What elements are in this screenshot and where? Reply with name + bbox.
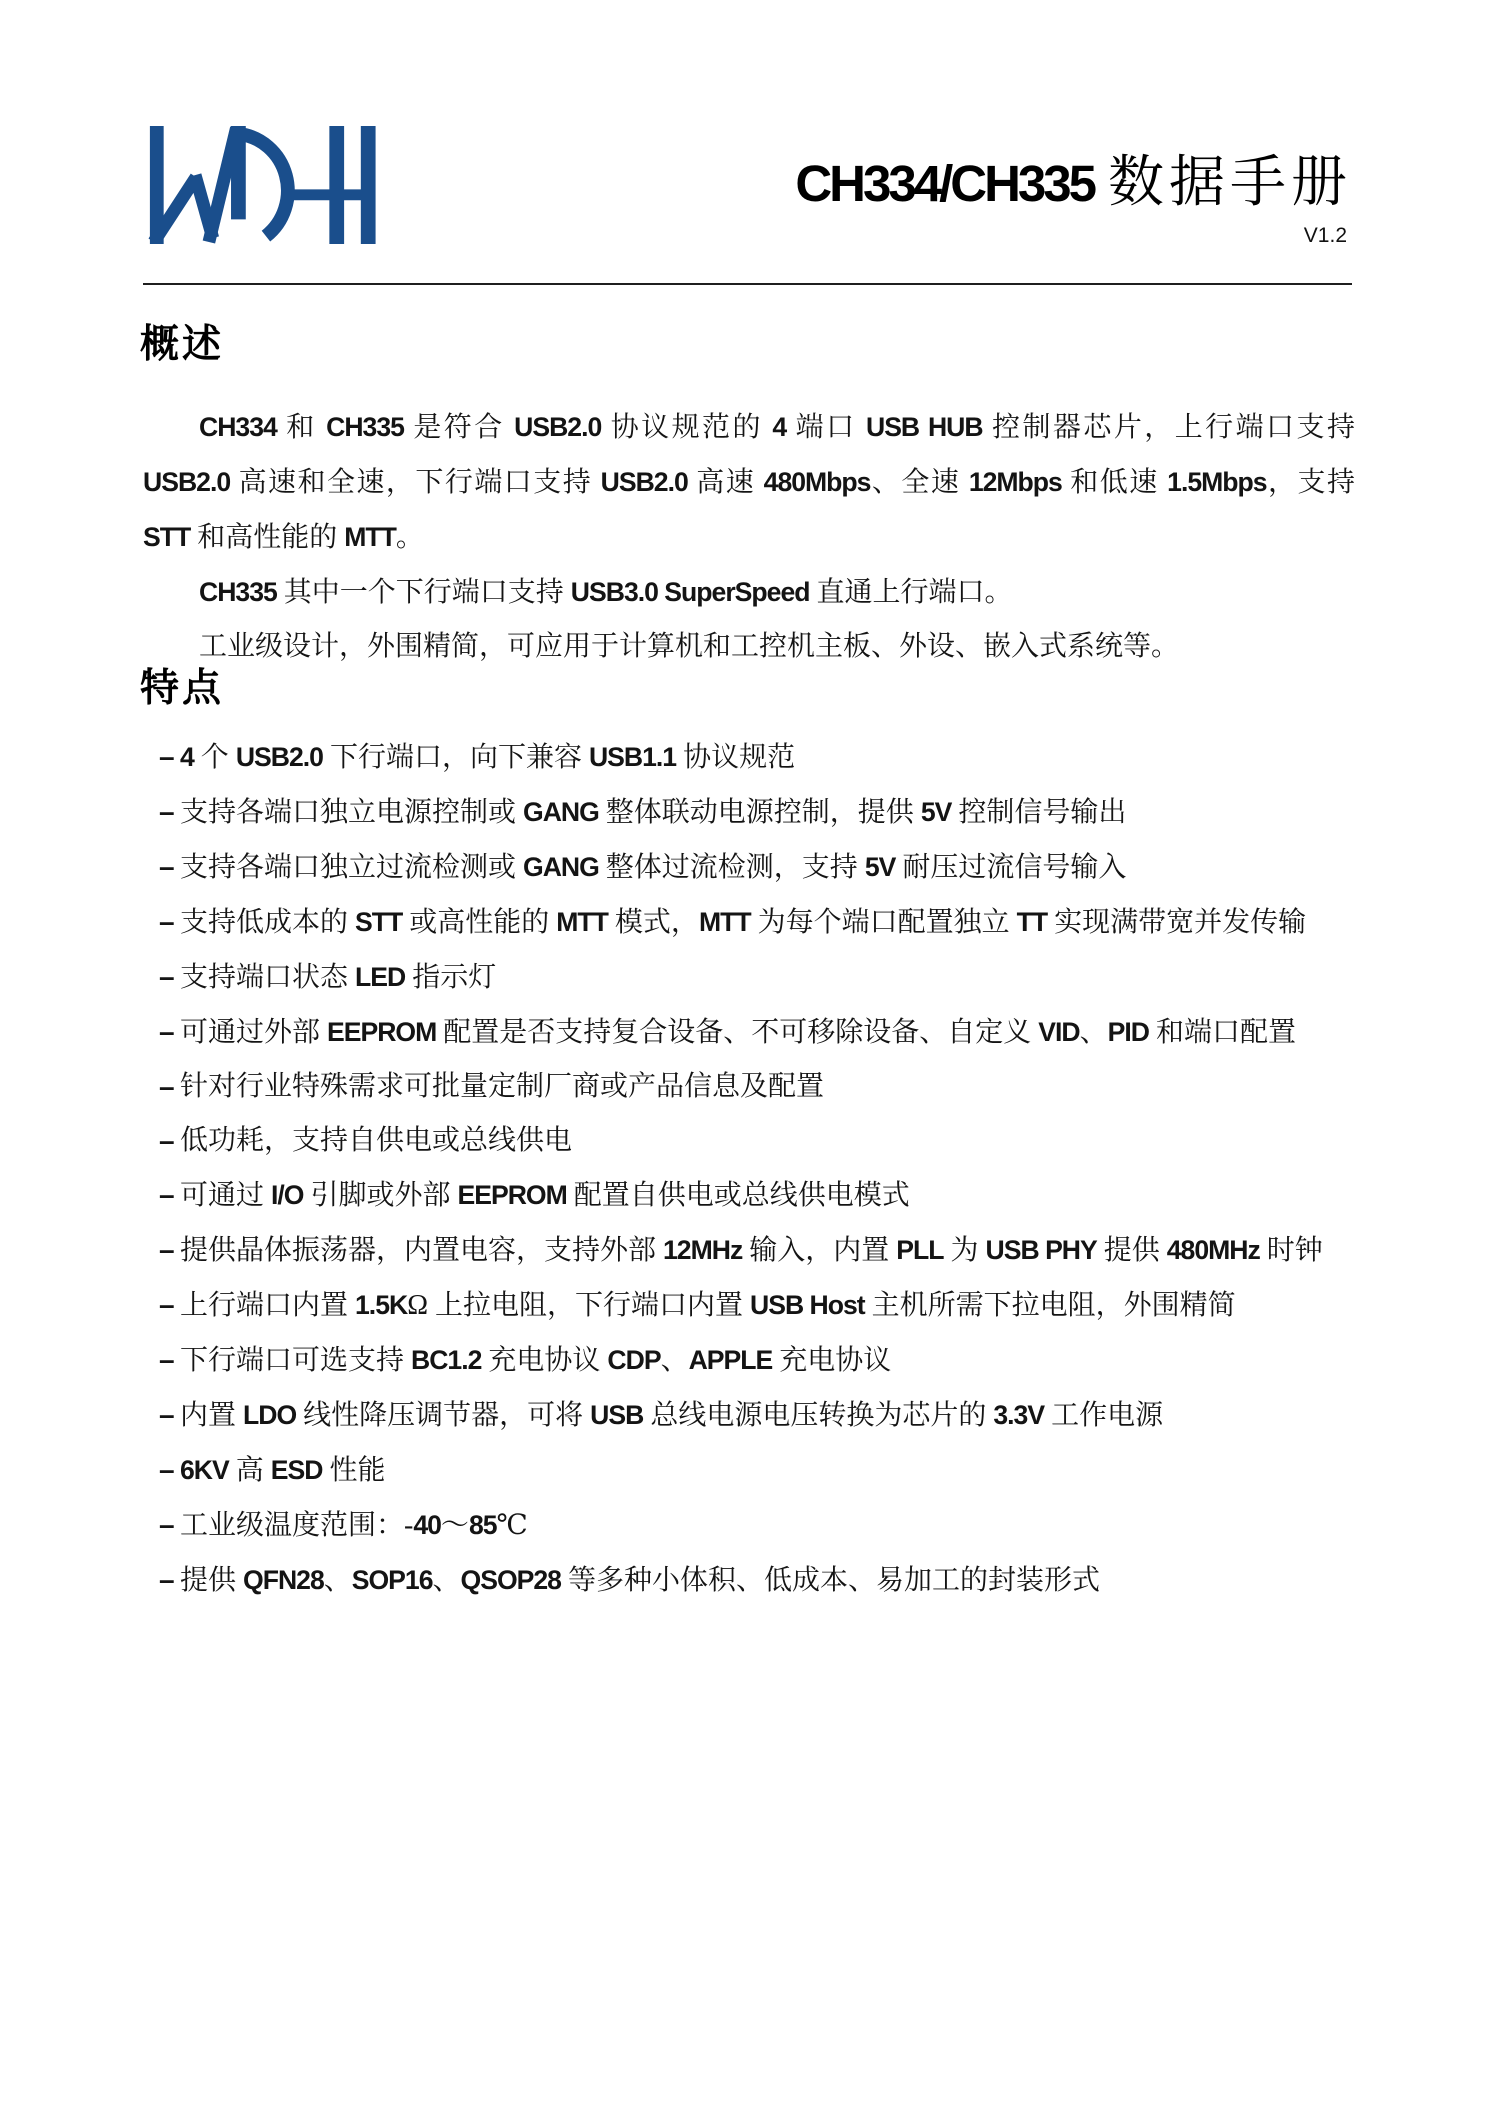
bullet-dash: – xyxy=(159,1443,175,1497)
bullet-dash: – xyxy=(159,1498,175,1552)
feature-text: 针对行业特殊需求可批量定制厂商或产品信息及配置 xyxy=(180,1071,824,1102)
wch-logo xyxy=(146,126,378,244)
feature-text: 内置 LDO 线性降压调节器，可将 USB 总线电源电压转换为芯片的 3.3V … xyxy=(180,1400,1163,1431)
feature-item: –4 个 USB2.0 下行端口，向下兼容 USB1.1 协议规范 xyxy=(143,730,1383,785)
feature-text: 提供 QFN28、SOP16、QSOP28 等多种小体积、低成本、易加工的封装形… xyxy=(180,1565,1100,1596)
overview-paragraph-2: CH335 其中一个下行端口支持 USB3.0 SuperSpeed 直通上行端… xyxy=(143,565,1355,620)
feature-item: –支持端口状态 LED 指示灯 xyxy=(143,950,1383,1005)
bullet-dash: – xyxy=(159,1223,175,1277)
wch-logo-graphic xyxy=(146,126,378,244)
feature-text: 可通过外部 EEPROM 配置是否支持复合设备、不可移除设备、自定义 VID、P… xyxy=(180,1017,1296,1048)
bullet-dash: – xyxy=(159,1168,175,1222)
bullet-dash: – xyxy=(159,785,175,839)
feature-text: 下行端口可选支持 BC1.2 充电协议 CDP、APPLE 充电协议 xyxy=(180,1345,891,1376)
feature-item: –针对行业特殊需求可批量定制厂商或产品信息及配置 xyxy=(143,1060,1383,1114)
feature-item: –可通过外部 EEPROM 配置是否支持复合设备、不可移除设备、自定义 VID、… xyxy=(143,1005,1383,1060)
doc-title-suffix: 数据手册 xyxy=(1108,152,1352,214)
bullet-dash: – xyxy=(159,840,175,894)
bullet-dash: – xyxy=(159,1333,175,1387)
bullet-dash: – xyxy=(159,730,175,784)
overview-section: CH334 和 CH335 是符合 USB2.0 协议规范的 4 端口 USB … xyxy=(143,400,1355,674)
feature-text: 6KV 高 ESD 性能 xyxy=(180,1455,385,1486)
overview-heading: 概述 xyxy=(140,322,224,368)
feature-text: 低功耗，支持自供电或总线供电 xyxy=(180,1125,572,1156)
bullet-dash: – xyxy=(159,1553,175,1607)
feature-item: –上行端口内置 1.5KΩ 上拉电阻，下行端口内置 USB Host 主机所需下… xyxy=(143,1278,1383,1333)
bullet-dash: – xyxy=(159,1005,175,1059)
doc-version: V1.2 xyxy=(1304,224,1347,248)
feature-text: 上行端口内置 1.5KΩ 上拉电阻，下行端口内置 USB Host 主机所需下拉… xyxy=(180,1290,1236,1321)
bullet-dash: – xyxy=(159,1060,175,1114)
feature-text: 支持各端口独立电源控制或 GANG 整体联动电源控制，提供 5V 控制信号输出 xyxy=(180,797,1126,828)
feature-item: –提供晶体振荡器，内置电容，支持外部 12MHz 输入，内置 PLL 为 USB… xyxy=(143,1223,1383,1278)
doc-title: CH334/CH335 数据手册 xyxy=(795,138,1352,218)
header-divider xyxy=(143,283,1352,285)
feature-item: –工业级温度范围：-40～85℃ xyxy=(143,1498,1383,1553)
feature-item: –6KV 高 ESD 性能 xyxy=(143,1443,1383,1498)
feature-item: –可通过 I/O 引脚或外部 EEPROM 配置自供电或总线供电模式 xyxy=(143,1168,1383,1223)
features-list: –4 个 USB2.0 下行端口，向下兼容 USB1.1 协议规范 –支持各端口… xyxy=(143,730,1383,1608)
bullet-dash: – xyxy=(159,1114,175,1168)
bullet-dash: – xyxy=(159,950,175,1004)
feature-item: –支持各端口独立电源控制或 GANG 整体联动电源控制，提供 5V 控制信号输出 xyxy=(143,785,1383,840)
feature-item: –支持低成本的 STT 或高性能的 MTT 模式，MTT 为每个端口配置独立 T… xyxy=(143,895,1383,950)
datasheet-page: CH334/CH335 数据手册 V1.2 概述 CH334 和 CH335 是… xyxy=(0,0,1487,2105)
feature-item: –低功耗，支持自供电或总线供电 xyxy=(143,1114,1383,1168)
feature-text: 4 个 USB2.0 下行端口，向下兼容 USB1.1 协议规范 xyxy=(180,742,795,773)
features-heading: 特点 xyxy=(140,666,224,712)
bullet-dash: – xyxy=(159,1278,175,1332)
bullet-dash: – xyxy=(159,1388,175,1442)
feature-text: 支持端口状态 LED 指示灯 xyxy=(180,962,496,993)
feature-item: –内置 LDO 线性降压调节器，可将 USB 总线电源电压转换为芯片的 3.3V… xyxy=(143,1388,1383,1443)
feature-item: –提供 QFN28、SOP16、QSOP28 等多种小体积、低成本、易加工的封装… xyxy=(143,1553,1383,1608)
doc-title-model: CH334/CH335 xyxy=(795,154,1094,213)
feature-text: 可通过 I/O 引脚或外部 EEPROM 配置自供电或总线供电模式 xyxy=(180,1180,910,1211)
feature-text: 支持低成本的 STT 或高性能的 MTT 模式，MTT 为每个端口配置独立 TT… xyxy=(180,907,1306,938)
feature-text: 提供晶体振荡器，内置电容，支持外部 12MHz 输入，内置 PLL 为 USB … xyxy=(180,1235,1323,1266)
bullet-dash: – xyxy=(159,895,175,949)
feature-item: –支持各端口独立过流检测或 GANG 整体过流检测，支持 5V 耐压过流信号输入 xyxy=(143,840,1383,895)
overview-paragraph-3: 工业级设计，外围精简，可应用于计算机和工控机主板、外设、嵌入式系统等。 xyxy=(143,620,1355,674)
feature-text: 工业级温度范围：-40～85℃ xyxy=(180,1510,528,1541)
feature-item: –下行端口可选支持 BC1.2 充电协议 CDP、APPLE 充电协议 xyxy=(143,1333,1383,1388)
overview-paragraph-1: CH334 和 CH335 是符合 USB2.0 协议规范的 4 端口 USB … xyxy=(143,400,1355,565)
feature-text: 支持各端口独立过流检测或 GANG 整体过流检测，支持 5V 耐压过流信号输入 xyxy=(180,852,1126,883)
